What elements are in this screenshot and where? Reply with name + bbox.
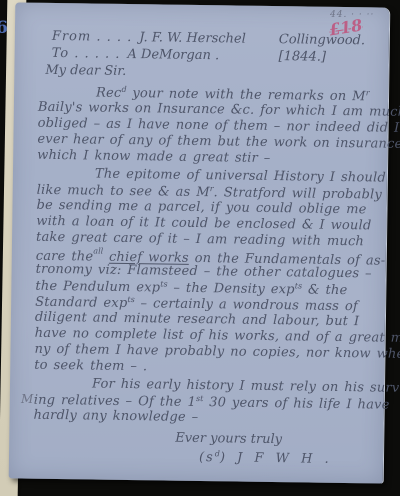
letter-line: which I know made a great stir – bbox=[37, 148, 373, 169]
line-segment: ts bbox=[127, 295, 134, 304]
line-segment: all bbox=[93, 247, 103, 256]
edge-number-annotation: 6 bbox=[0, 18, 8, 38]
line-segment: the Pendulum exp bbox=[35, 279, 160, 296]
line-segment: ts bbox=[295, 281, 302, 290]
line-segment: Rec bbox=[96, 86, 122, 101]
letter-page: From . . . . J. F. W. Herschel Collingwo… bbox=[9, 2, 390, 483]
photographed-letter-scene: 6 44. · · ·· £18 M. From . . . . J. F. W… bbox=[0, 0, 400, 496]
letter-body: Recd your note with the remarks on MrBai… bbox=[33, 84, 374, 429]
to-label: To . . . . . bbox=[52, 46, 121, 62]
line-segment: 30 years of his life I have bbox=[203, 395, 389, 413]
from-label: From . . . . bbox=[52, 29, 133, 45]
from-line: From . . . . J. F. W. Herschel bbox=[52, 29, 279, 47]
line-segment: which I know made a great stir – bbox=[37, 148, 270, 166]
to-line: To . . . . . A DeMorgan . bbox=[52, 46, 279, 64]
line-segment: st bbox=[196, 394, 203, 403]
line-segment: & the bbox=[302, 282, 348, 298]
line-segment: r bbox=[366, 88, 370, 97]
signature-prefix: (s bbox=[199, 450, 215, 465]
valediction: Ever yours truly bbox=[175, 431, 369, 450]
line-segment: – the Density exp bbox=[167, 281, 294, 298]
signature: (sd) J F W H . bbox=[199, 449, 369, 467]
recipient-name: A DeMorgan . bbox=[127, 47, 219, 63]
salutation: My dear Sir. bbox=[38, 63, 374, 85]
letter-line: to seek them – . bbox=[34, 358, 370, 379]
margin-mark: M. bbox=[21, 392, 37, 406]
letter-year: [1844.] bbox=[279, 49, 375, 65]
line-segment: to seek them – . bbox=[34, 358, 147, 375]
line-segment: hardly any knowledge – bbox=[33, 408, 198, 425]
sender-name: J. F. W. Herschel bbox=[139, 30, 246, 46]
line-segment: Standard exp bbox=[35, 295, 127, 311]
signature-initials: ) J F W H . bbox=[220, 450, 331, 467]
